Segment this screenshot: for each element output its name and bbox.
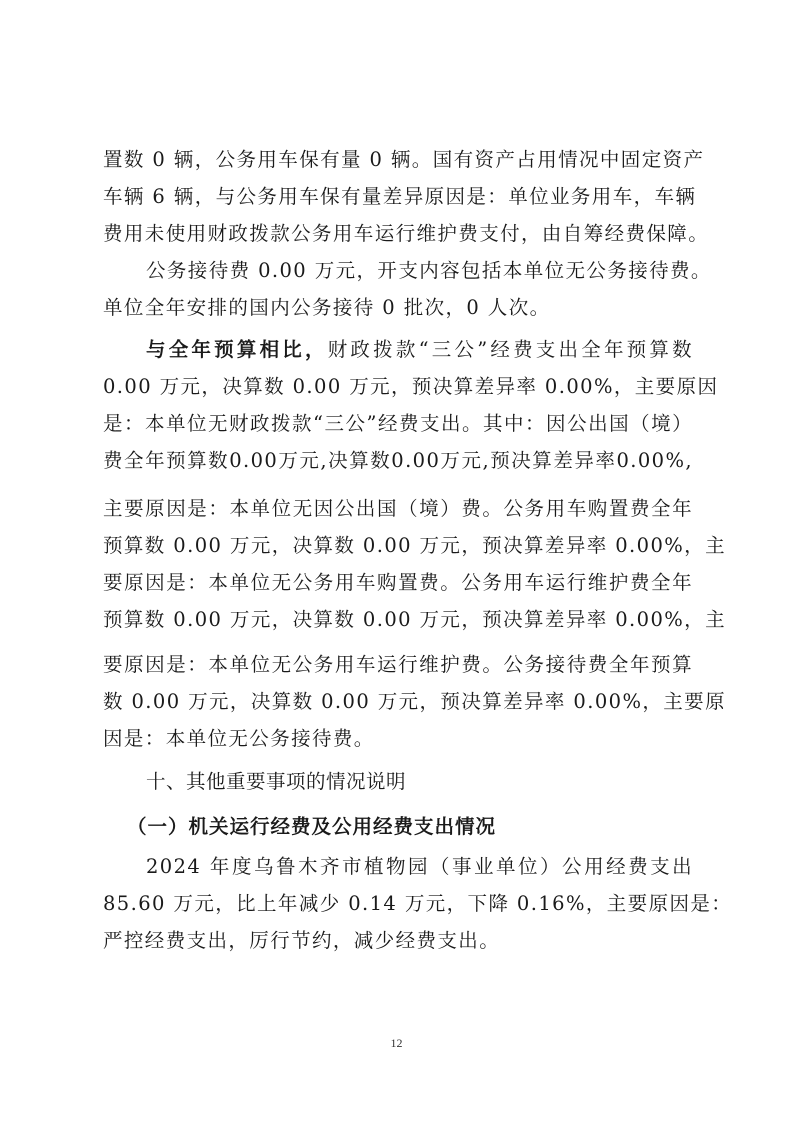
- lead-rest-text: 财政拨款“三公”经费支出全年预算数: [328, 338, 693, 361]
- paragraph-line: 预算数 0.00 万元，决算数 0.00 万元，预决算差异率 0.00%，主: [103, 534, 693, 558]
- paragraph-line: 85.60 万元，比上年减少 0.14 万元，下降 0.16%，主要原因是：: [103, 892, 693, 916]
- paragraph-line: 要原因是：本单位无公务用车购置费。公务用车运行维护费全年: [103, 571, 693, 595]
- section-heading: 十、其他重要事项的情况说明: [146, 770, 406, 794]
- paragraph-line: 公务接待费 0.00 万元，开支内容包括本单位无公务接待费。: [146, 259, 693, 283]
- paragraph-line: 因是：本单位无公务接待费。: [103, 727, 693, 751]
- paragraph-line: 费用未使用财政拨款公务用车运行维护费支付，由自筹经费保障。: [103, 222, 693, 246]
- paragraph-line: 0.00 万元，决算数 0.00 万元，预决算差异率 0.00%，主要原因: [103, 375, 693, 399]
- paragraph-line: 要原因是：本单位无公务用车运行维护费。公务接待费全年预算: [103, 653, 693, 677]
- paragraph-line: 预算数 0.00 万元，决算数 0.00 万元，预决算差异率 0.00%，主: [103, 608, 693, 632]
- paragraph-line: 车辆 6 辆，与公务用车保有量差异原因是：单位业务用车，车辆: [103, 185, 693, 209]
- paragraph-line: 严控经费支出，厉行节约，减少经费支出。: [103, 929, 693, 953]
- document-page: 置数 0 辆，公务用车保有量 0 辆。国有资产占用情况中固定资产 车辆 6 辆，…: [0, 0, 793, 1122]
- paragraph-line: 数 0.00 万元，决算数 0.00 万元，预决算差异率 0.00%，主要原: [103, 690, 693, 714]
- paragraph-line: 主要原因是：本单位无因公出国（境）费。公务用车购置费全年: [103, 497, 693, 521]
- paragraph-line: 单位全年安排的国内公务接待 0 批次，0 人次。: [103, 296, 693, 320]
- paragraph-line: 费全年预算数0.00万元,决算数0.00万元,预决算差异率0.00%,: [103, 449, 693, 473]
- paragraph-line: 置数 0 辆，公务用车保有量 0 辆。国有资产占用情况中固定资产: [103, 148, 693, 172]
- paragraph-line: 是：本单位无财政拨款“三公”经费支出。其中：因公出国（境）: [103, 412, 693, 436]
- page-number: 12: [0, 1036, 793, 1051]
- bold-lead-text: 与全年预算相比，: [146, 338, 328, 361]
- subsection-heading: （一）机关运行经费及公用经费支出情况: [127, 815, 496, 839]
- paragraph-line: 2024 年度乌鲁木齐市植物园（事业单位）公用经费支出: [146, 855, 693, 879]
- paragraph-line-lead: 与全年预算相比，财政拨款“三公”经费支出全年预算数: [146, 338, 693, 362]
